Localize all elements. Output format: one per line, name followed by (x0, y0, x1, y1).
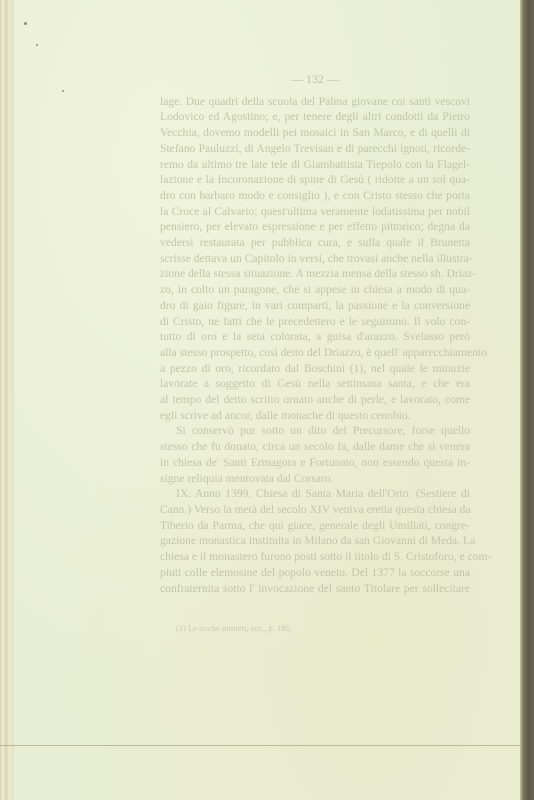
text-line: Tiberio da Parma, che qui giace, general… (160, 518, 470, 534)
text-line: tutto di oro e la seta colorata, a guisa… (160, 329, 470, 345)
page-number: — 132 — (160, 72, 470, 88)
text-line: zo, in colto un paragone, che si appese … (160, 282, 470, 298)
text-line: dro di gaio figure, in vari compartì, la… (160, 298, 470, 314)
speck (24, 22, 27, 25)
speck (36, 44, 38, 46)
text-line: in chiesa de' Santi Ermagora e Fortunato… (160, 455, 470, 471)
text-line: zione della stessa situazione. A mezzia … (160, 266, 470, 282)
text-line: pensiero, per elevato espressione e per … (160, 219, 470, 235)
text-line: Si conservò pur sotto un dito del Precur… (160, 423, 470, 439)
section-heading-line: IX. Anno 1399. Chiesa di Santa Maria del… (160, 486, 470, 502)
speck (62, 90, 64, 92)
text-line: gazione monastica instituita in Milano d… (160, 533, 470, 549)
text-line: egli scrive ad ancor, dalle monache di q… (160, 408, 470, 424)
scanned-page: — 132 — lage. Due quadri della scuola de… (0, 0, 534, 800)
footnote: (1) Le ricche minieri, ecc., p. 185. (176, 623, 292, 633)
text-line: vedersi restaurata per pubblica cura, e … (160, 235, 470, 251)
text-line: piuti colle elemosine del popolo veneto.… (160, 565, 470, 581)
text-line: lavorate a soggetto di Gesù nella settim… (160, 376, 470, 392)
text-line: lage. Due quadri della scuola del Palma … (160, 94, 470, 110)
text-line: Cann.) Verso la metà del secolo XIV veni… (160, 502, 470, 518)
text-line: confraternita sotto l' invocazione del s… (160, 581, 470, 597)
text-line: la Croce al Calvario; quest'ultima veram… (160, 204, 470, 220)
book-gutter (0, 0, 14, 800)
text-line: chiesa e il monastero furono posti sotto… (160, 549, 470, 565)
text-line: lazione e la Incoronazione di spine di G… (160, 172, 470, 188)
paragraph-2: Si conservò pur sotto un dito del Precur… (160, 423, 470, 486)
text-line: di Cristo, ne fatti che le precedettero … (160, 314, 470, 330)
paragraph-1: lage. Due quadri della scuola del Palma … (160, 94, 470, 424)
paragraph-3: IX. Anno 1399. Chiesa di Santa Maria del… (160, 486, 470, 596)
text-line: Vecchia, dovemo modelli pei mosaici in S… (160, 125, 470, 141)
text-line: signe reliquia mentovata dal Corsaro. (160, 471, 470, 487)
text-line: stesso che fu donato, circa un secolo fa… (160, 439, 470, 455)
page-edge-shadow (520, 0, 534, 800)
text-line: a pezzo di oro, ricordato dal Boschini (… (160, 361, 470, 377)
page-fold-line (0, 745, 520, 746)
text-line: alla stesso prospetto, così detto del Dr… (160, 345, 470, 361)
page-text: — 132 — lage. Due quadri della scuola de… (160, 72, 470, 596)
text-line: scrisse dettava un Capitolo in versi, ch… (160, 251, 470, 267)
text-line: dro con barbaro modo e consiglio ), e co… (160, 188, 470, 204)
text-line: Lodovico ed Agostino; e, per tenere degl… (160, 109, 470, 125)
text-line: al tempo del detto scritto ornato anche … (160, 392, 470, 408)
text-line: remo da ultimo tre late tele di Giambatt… (160, 157, 470, 173)
text-line: Stefano Pauluzzi, di Angelo Trevisan e d… (160, 141, 470, 157)
